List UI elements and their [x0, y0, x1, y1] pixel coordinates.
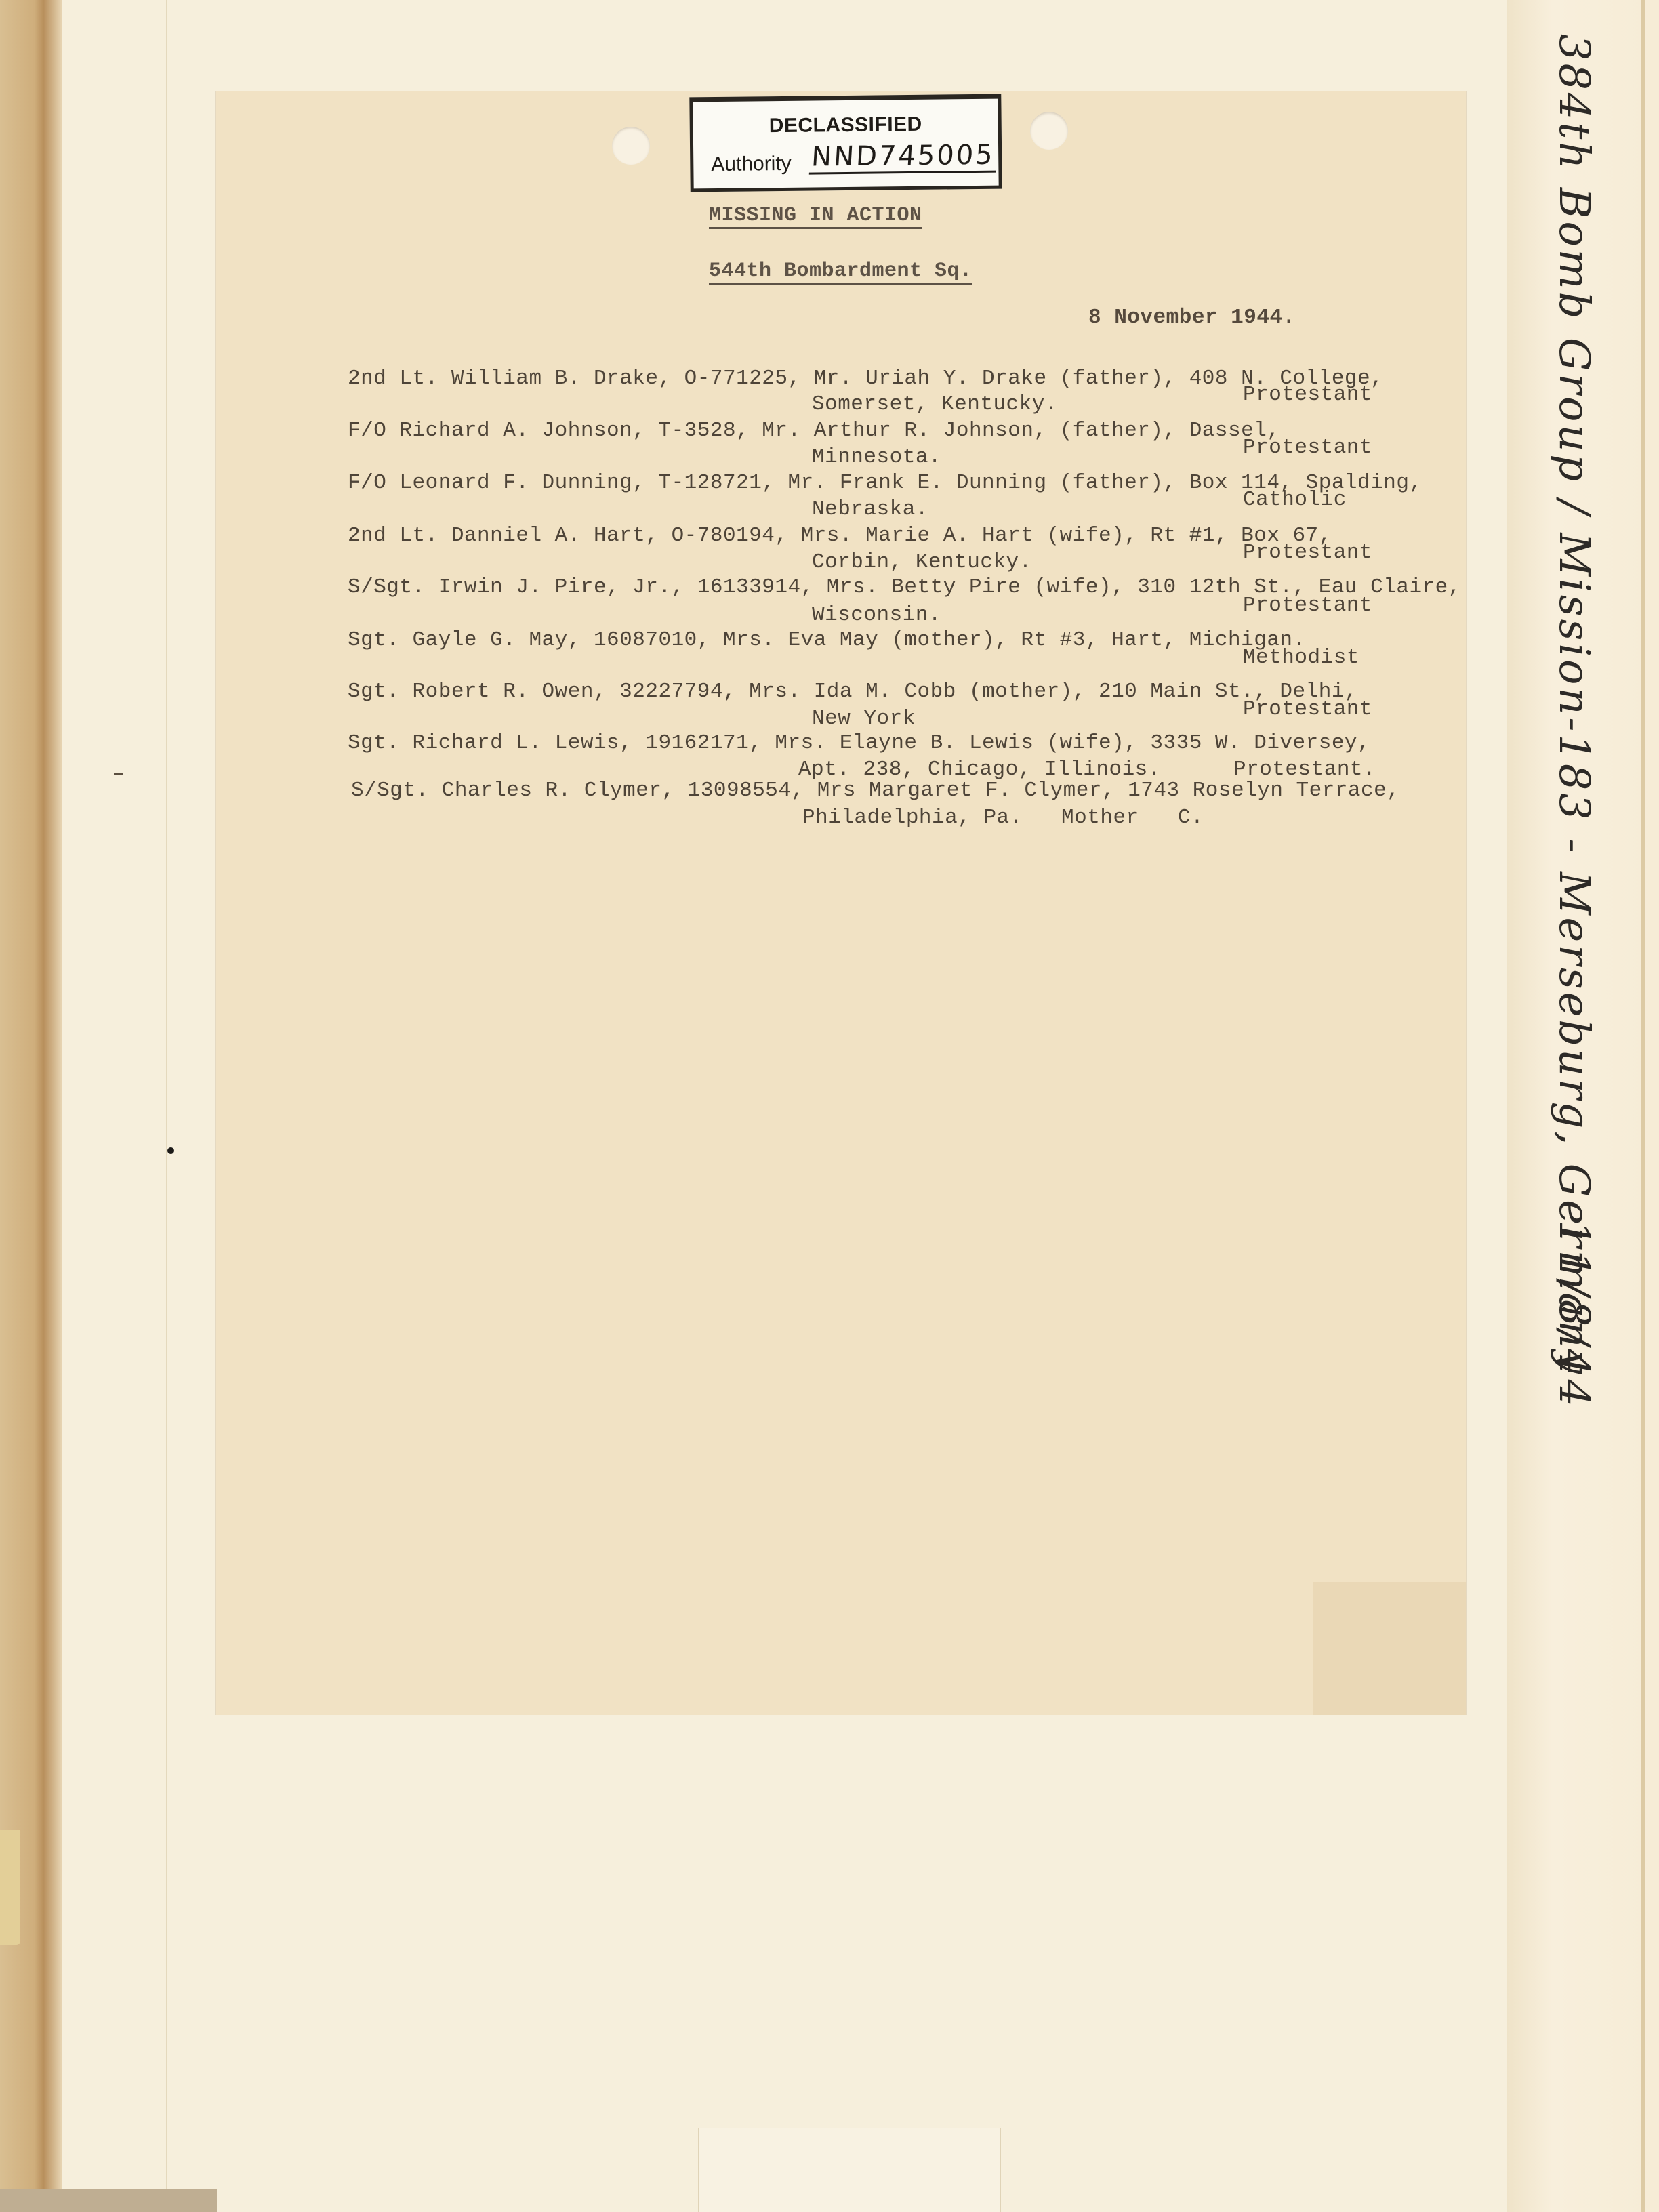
- margin-note-date: 11/8/44: [1550, 1220, 1599, 1410]
- margin-note-text: 384th Bomb Group / Mission-183 - Mersebu…: [1550, 34, 1599, 1376]
- folder-tab: [0, 1830, 20, 1945]
- document-date: 8 November 1944.: [1088, 307, 1296, 328]
- entry-line-1: Sgt. Richard L. Lewis, 19162171, Mrs. El…: [348, 733, 1370, 754]
- stamp-authority-label: Authority: [711, 152, 792, 176]
- entry-line-2: Nebraska.: [812, 499, 928, 520]
- entry-line-1: F/O Richard A. Johnson, T-3528, Mr. Arth…: [348, 420, 1279, 441]
- unit-name: 544th Bombardment Sq.: [709, 261, 972, 281]
- handwritten-margin-note: 384th Bomb Group / Mission-183 - Mersebu…: [1552, 34, 1606, 1376]
- entry-religion: Protestant: [1243, 384, 1372, 405]
- entry-religion: Protestant.: [1233, 759, 1376, 780]
- stamp-authority-number: NND745005: [809, 140, 998, 175]
- entry-line-2: Philadelphia, Pa. Mother C.: [802, 807, 1204, 828]
- entry-line-2: Minnesota.: [812, 447, 941, 468]
- entry-line-2: Corbin, Kentucky.: [812, 552, 1032, 573]
- entry-religion: Methodist: [1243, 647, 1359, 668]
- bottom-left-strip: [0, 2189, 217, 2212]
- entry-religion: Protestant: [1243, 437, 1372, 458]
- document-heading: MISSING IN ACTION: [709, 205, 922, 226]
- entry-religion: Protestant: [1243, 542, 1372, 563]
- backing-sheet-crease: [166, 0, 167, 2212]
- entry-religion: Protestant: [1243, 595, 1372, 616]
- entry-line-1: S/Sgt. Charles R. Clymer, 13098554, Mrs …: [351, 780, 1399, 801]
- entry-line-1: Sgt. Gayle G. May, 16087010, Mrs. Eva Ma…: [348, 630, 1306, 651]
- entry-line-1: 2nd Lt. William B. Drake, O-771225, Mr. …: [348, 368, 1383, 389]
- entry-line-2: Somerset, Kentucky.: [812, 394, 1058, 415]
- declassified-stamp: DECLASSIFIED Authority NND745005: [689, 94, 1002, 192]
- page-fold: [1313, 1582, 1466, 1715]
- margin-mark: [114, 773, 123, 775]
- entry-line-1: Sgt. Robert R. Owen, 32227794, Mrs. Ida …: [348, 681, 1357, 702]
- bottom-tab: [698, 2128, 1001, 2212]
- punch-hole-right: [1030, 112, 1068, 150]
- typed-document-page: DECLASSIFIED Authority NND745005 MISSING…: [216, 91, 1466, 1715]
- ink-dot: [167, 1147, 174, 1154]
- entry-line-2: Apt. 238, Chicago, Illinois.: [798, 759, 1161, 780]
- punch-hole-left: [612, 127, 650, 165]
- right-margin-edge: [1641, 0, 1645, 2212]
- entry-religion: Protestant: [1243, 699, 1372, 720]
- stamp-title: DECLASSIFIED: [693, 112, 998, 139]
- entry-line-2: New York: [812, 708, 916, 729]
- entry-line-2: Wisconsin.: [812, 605, 941, 626]
- entry-religion: Catholic: [1243, 489, 1347, 510]
- entry-line-1: 2nd Lt. Danniel A. Hart, O-780194, Mrs. …: [348, 525, 1332, 546]
